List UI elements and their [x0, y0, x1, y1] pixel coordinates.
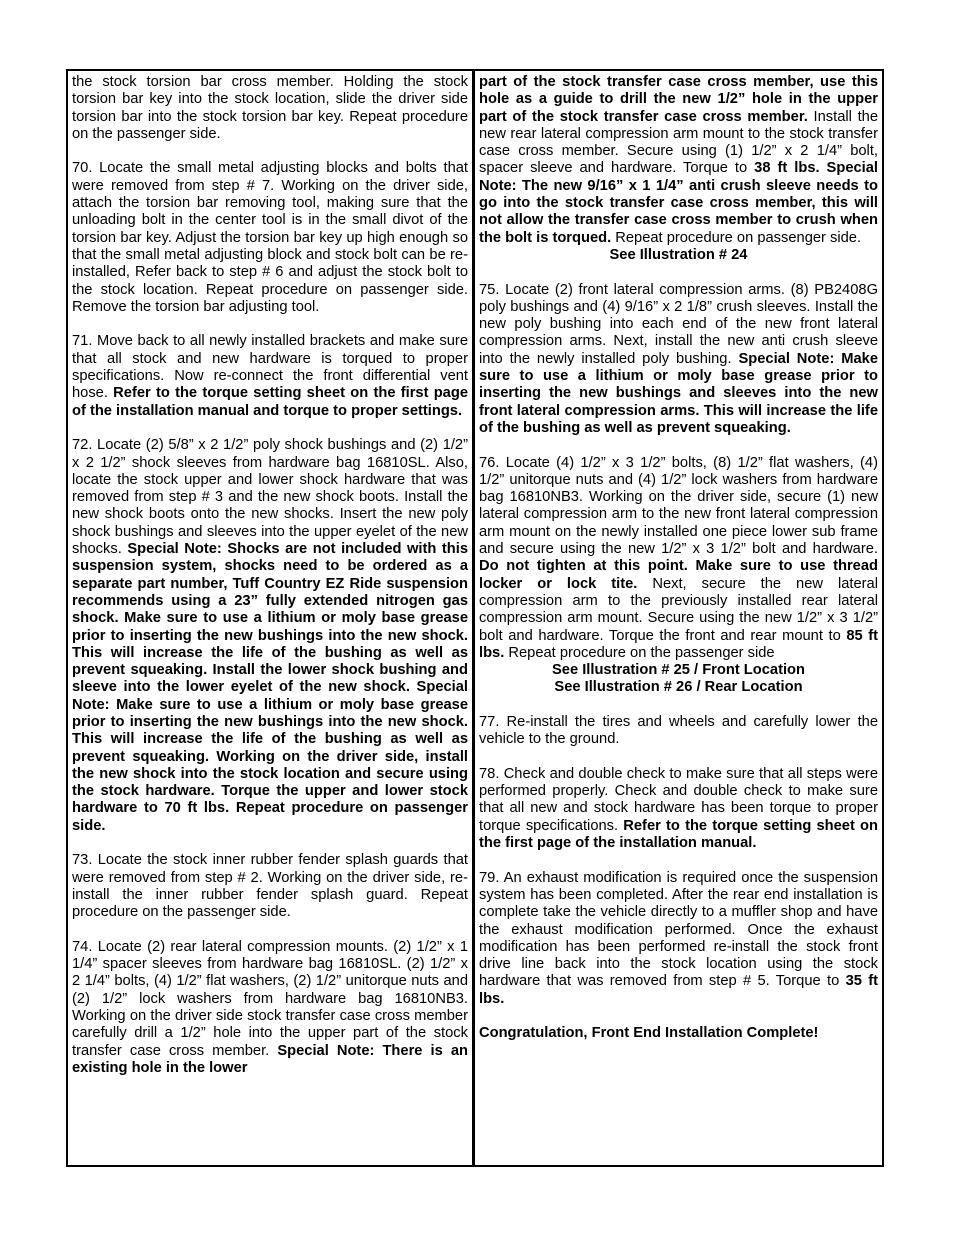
content-border-box: the stock torsion bar cross member. Hold… — [66, 69, 884, 1167]
bold-text-run: Refer to the torque setting sheet on the… — [72, 385, 468, 418]
step-70: 70. Locate the small metal adjusting blo… — [72, 160, 468, 316]
text-run: 74. Locate (2) rear lateral compression … — [72, 939, 468, 1059]
step-75: 75. Locate (2) front lateral compression… — [479, 282, 878, 438]
illustration-26-note: See Illustration # 26 / Rear Location — [479, 679, 878, 696]
step-76: 76. Locate (4) 1/2” x 3 1/2” bolts, (8) … — [479, 455, 878, 663]
step-79: 79. An exhaust modification is required … — [479, 870, 878, 1008]
text-run: 73. Locate the stock inner rubber fender… — [72, 852, 468, 920]
bold-text-run: See Illustration # 26 / Rear Location — [554, 679, 802, 695]
illustration-25-note: See Illustration # 25 / Front Location — [479, 662, 878, 679]
text-run: 79. An exhaust modification is required … — [479, 870, 878, 990]
column-right: part of the stock transfer case cross me… — [472, 71, 882, 1165]
step-74-continued: part of the stock transfer case cross me… — [479, 74, 878, 247]
bold-text-run: Congratulation, Front End Installation C… — [479, 1025, 818, 1041]
manual-page: the stock torsion bar cross member. Hold… — [0, 0, 954, 1235]
column-left: the stock torsion bar cross member. Hold… — [68, 71, 472, 1165]
bold-text-run: See Illustration # 24 — [610, 247, 748, 263]
text-run: 77. Re-install the tires and wheels and … — [479, 714, 878, 747]
text-run: 72. Locate (2) 5/8” x 2 1/2” poly shock … — [72, 437, 468, 557]
text-run: 76. Locate (4) 1/2” x 3 1/2” bolts, (8) … — [479, 455, 878, 557]
text-run: the stock torsion bar cross member. Hold… — [72, 74, 468, 142]
step-74: 74. Locate (2) rear lateral compression … — [72, 939, 468, 1077]
step-72: 72. Locate (2) 5/8” x 2 1/2” poly shock … — [72, 437, 468, 835]
step-77: 77. Re-install the tires and wheels and … — [479, 714, 878, 749]
illustration-24-note: See Illustration # 24 — [479, 247, 878, 264]
step-73: 73. Locate the stock inner rubber fender… — [72, 852, 468, 921]
intro-continued: the stock torsion bar cross member. Hold… — [72, 74, 468, 143]
bold-text-run: Special Note: Shocks are not included wi… — [72, 541, 468, 834]
completion-note: Congratulation, Front End Installation C… — [479, 1025, 878, 1042]
step-78: 78. Check and double check to make sure … — [479, 766, 878, 852]
step-71: 71. Move back to all newly installed bra… — [72, 333, 468, 419]
text-run: Repeat procedure on the passenger side — [508, 645, 774, 661]
bold-text-run: See Illustration # 25 / Front Location — [552, 662, 805, 678]
text-run: Repeat procedure on passenger side. — [615, 230, 861, 246]
text-run: 70. Locate the small metal adjusting blo… — [72, 160, 468, 314]
